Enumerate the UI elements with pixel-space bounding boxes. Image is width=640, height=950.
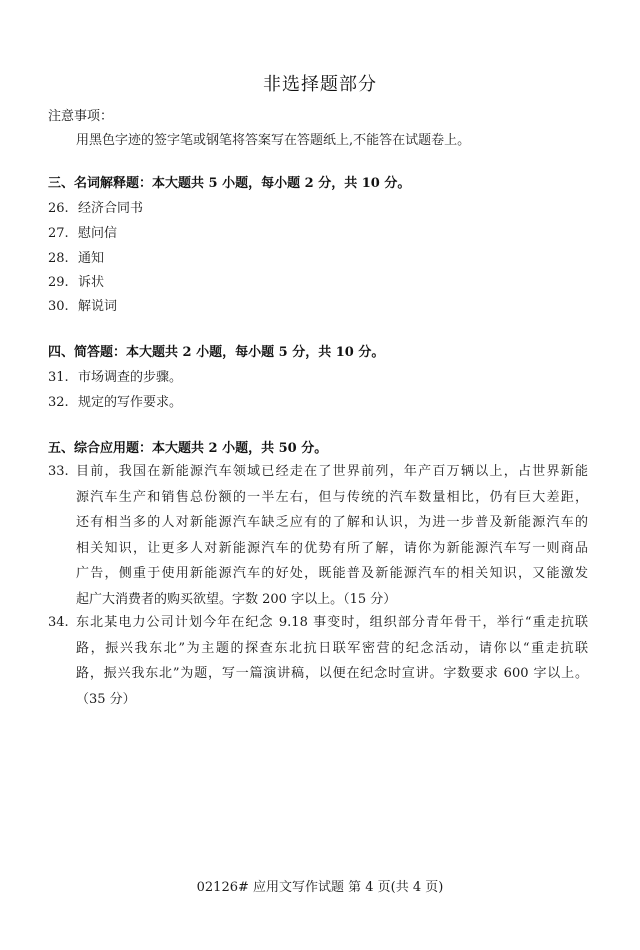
item-number: 28. — [48, 250, 78, 268]
item-text: 慰问信 — [78, 226, 117, 241]
notice-text: 用黑色字迹的签字笔或钢笔将答案写在答题纸上,不能答在试题卷上。 — [76, 132, 470, 150]
section-4-heading: 四、简答题：本大题共 2 小题，每小题 5 分，共 10 分。 — [48, 344, 384, 362]
page-footer: 02126# 应用文写作试题 第 4 页(共 4 页) — [0, 876, 640, 895]
list-item: 30.解说词 — [48, 298, 117, 316]
list-item: 29.诉状 — [48, 274, 104, 292]
text-line: 广告，侧重于使用新能源汽车的好处，既能普及新能源汽车的相关知识，又能激发 — [76, 561, 588, 587]
page-title: 非选择题部分 — [0, 70, 640, 96]
question-34-number: 34. — [48, 614, 69, 632]
item-text: 经济合同书 — [78, 201, 143, 216]
text-line: 起广大消费者的购买欲望。字数 200 字以上。（15 分） — [76, 587, 588, 613]
item-number: 30. — [48, 298, 78, 316]
question-33-text: 目前，我国在新能源汽车领域已经走在了世界前列，年产百万辆以上，占世界新能 源汽车… — [76, 459, 588, 613]
list-item: 26.经济合同书 — [48, 200, 143, 218]
question-34-text: 东北某电力公司计划今年在纪念 9.18 事变时，组织部分青年骨干，举行“重走抗联… — [76, 610, 588, 712]
item-text: 规定的写作要求。 — [78, 395, 182, 410]
item-number: 26. — [48, 200, 78, 218]
text-line: 相关知识，让更多人对新能源汽车的优势有所了解，请你为新能源汽车写一则商品 — [76, 536, 588, 562]
item-number: 32. — [48, 394, 78, 412]
text-line: 目前，我国在新能源汽车领域已经走在了世界前列，年产百万辆以上，占世界新能 — [76, 459, 588, 485]
item-text: 诉状 — [78, 275, 104, 290]
section-3-heading: 三、名词解释题：本大题共 5 小题，每小题 2 分，共 10 分。 — [48, 175, 410, 193]
list-item: 27.慰问信 — [48, 225, 117, 243]
item-number: 27. — [48, 225, 78, 243]
text-line: 路，振兴我东北”为题，写一篇演讲稿，以便在纪念时宣讲。字数要求 600 字以上。 — [76, 661, 588, 687]
notice-heading: 注意事项： — [48, 108, 113, 126]
list-item: 32.规定的写作要求。 — [48, 394, 182, 412]
item-text: 通知 — [78, 251, 104, 266]
item-number: 31. — [48, 369, 78, 387]
item-text: 市场调查的步骤。 — [78, 370, 182, 385]
item-number: 29. — [48, 274, 78, 292]
text-line: 路，振兴我东北”为主题的探查东北抗日联军密营的纪念活动，请你以“重走抗联 — [76, 636, 588, 662]
text-line: 还有相当多的人对新能源汽车缺乏应有的了解和认识，为进一步普及新能源汽车的 — [76, 510, 588, 536]
item-text: 解说词 — [78, 299, 117, 314]
text-line: 东北某电力公司计划今年在纪念 9.18 事变时，组织部分青年骨干，举行“重走抗联 — [76, 610, 588, 636]
list-item: 28.通知 — [48, 250, 104, 268]
exam-page: 非选择题部分 注意事项： 用黑色字迹的签字笔或钢笔将答案写在答题纸上,不能答在试… — [0, 0, 640, 950]
text-line: 源汽车生产和销售总份额的一半左右，但与传统的汽车数量相比，仍有巨大差距， — [76, 485, 588, 511]
list-item: 31.市场调查的步骤。 — [48, 369, 182, 387]
section-5-heading: 五、综合应用题：本大题共 2 小题，共 50 分。 — [48, 440, 327, 458]
question-33-number: 33. — [48, 463, 69, 481]
text-line: （35 分） — [76, 687, 588, 713]
